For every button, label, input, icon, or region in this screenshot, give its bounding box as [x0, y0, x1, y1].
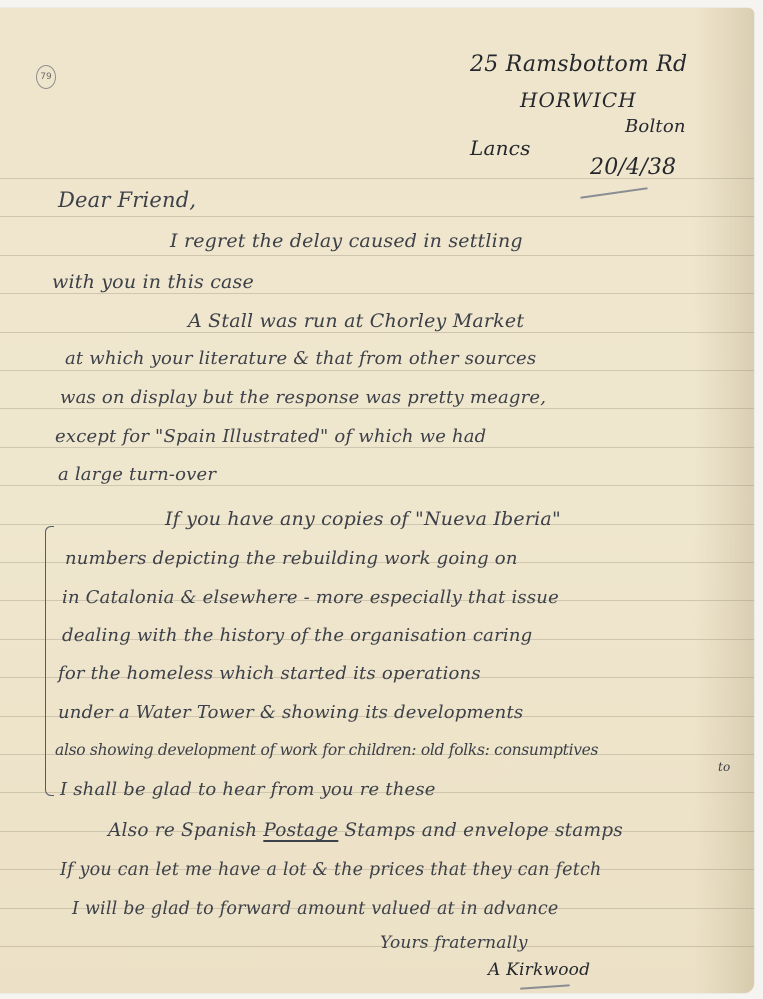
date-flourish — [580, 187, 648, 198]
body-line: was on display but the response was pret… — [60, 387, 546, 408]
ruled-line — [0, 255, 754, 256]
letter-paper: 79 25 Ramsbottom Rd HORWICH Bolton Lancs… — [0, 8, 754, 993]
signature-underline — [520, 984, 570, 989]
body-line: numbers depicting the rebuilding work go… — [65, 548, 518, 569]
scanned-letter: 79 25 Ramsbottom Rd HORWICH Bolton Lancs… — [0, 0, 763, 999]
body-line: at which your literature & that from oth… — [65, 348, 536, 369]
body-line: also showing development of work for chi… — [55, 741, 598, 759]
ruled-line — [0, 447, 754, 448]
ruled-line — [0, 408, 754, 409]
body-line: I regret the delay caused in settling — [170, 230, 523, 252]
address-town: HORWICH — [520, 88, 637, 112]
underlined-phrase: Postage — [263, 820, 338, 841]
salutation: Dear Friend, — [58, 188, 196, 212]
body-line: If you have any copies of "Nueva Iberia" — [165, 508, 561, 530]
address-county: Lancs — [470, 136, 531, 160]
address-street: 25 Ramsbottom Rd — [470, 52, 687, 77]
body-line: except for "Spain Illustrated" of which … — [55, 426, 486, 447]
body-line: If you can let me have a lot & the price… — [60, 860, 601, 880]
letter-date: 20/4/38 — [590, 155, 676, 180]
margin-note: to — [718, 760, 730, 774]
margin-bracket — [45, 526, 54, 796]
folio-number: 79 — [36, 65, 56, 89]
body-line: under a Water Tower & showing its develo… — [58, 702, 523, 723]
closing: Yours fraternally — [380, 933, 528, 953]
body-line: with you in this case — [52, 271, 254, 293]
body-line-stamps: Also re Spanish Postage Stamps and envel… — [108, 820, 623, 841]
body-line: Also re Spanish Postage Stamps and envel… — [108, 820, 623, 841]
body-line: a large turn-over — [58, 464, 216, 485]
ruled-line — [0, 293, 754, 294]
ruled-line — [0, 946, 754, 947]
ruled-line — [0, 332, 754, 333]
ruled-line — [0, 216, 754, 217]
body-line: I will be glad to forward amount valued … — [72, 899, 558, 919]
body-line: A Stall was run at Chorley Market — [188, 310, 524, 332]
body-line: I shall be glad to hear from you re thes… — [60, 779, 436, 800]
ruled-line — [0, 370, 754, 371]
ruled-line — [0, 485, 754, 486]
body-line: dealing with the history of the organisa… — [62, 625, 532, 646]
body-line: for the homeless which started its opera… — [58, 663, 481, 684]
body-line: in Catalonia & elsewhere - more especial… — [62, 587, 559, 608]
signature: A Kirkwood — [488, 960, 590, 980]
address-city: Bolton — [625, 116, 686, 137]
